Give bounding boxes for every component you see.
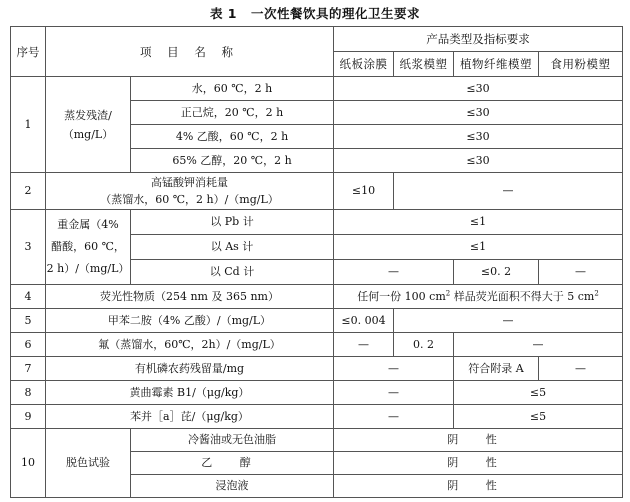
- requirements-table: 序号 项 目 名 称 产品类型及指标要求 纸板涂膜 纸浆模塑 植物纤维模塑 食用…: [10, 26, 623, 498]
- name-line: 重金属（4%: [57, 218, 118, 231]
- value-cell: —: [334, 333, 394, 357]
- table-row: 1 蒸发残渣/ （mg/L） 水，60 ℃，2 h ≤30: [11, 77, 623, 101]
- name-line: （蒸馏水，60 ℃，2 h）/（mg/L）: [100, 193, 279, 206]
- table-title-text: 一次性餐饮具的理化卫生要求: [251, 6, 420, 21]
- value-cell: 阴 性: [334, 475, 623, 498]
- row-seq: 6: [11, 333, 46, 357]
- value-cell: —: [334, 381, 454, 405]
- row-seq: 7: [11, 357, 46, 381]
- value-cell: ≤1: [334, 235, 623, 260]
- value-cell: 符合附录 A: [454, 357, 539, 381]
- value-cell: ≤30: [334, 125, 623, 149]
- condition-cell: 乙 醇: [131, 452, 334, 475]
- row-name: 重金属（4% 醋酸，60 ℃， 2 h）/（mg/L）: [46, 210, 131, 285]
- value-cell: 阴 性: [334, 452, 623, 475]
- value-cell: 任何一份 100 cm2 样品荧光面积不得大于 5 cm2: [334, 285, 623, 309]
- value-text: 样品荧光面积不得大于 5 cm: [450, 290, 594, 303]
- value-cell: ≤0. 2: [454, 260, 539, 285]
- row-seq: 4: [11, 285, 46, 309]
- row-seq: 5: [11, 309, 46, 333]
- row-seq: 1: [11, 77, 46, 173]
- value-cell: ≤30: [334, 77, 623, 101]
- table-title: 表 1一次性餐饮具的理化卫生要求: [0, 4, 630, 22]
- value-cell: —: [334, 260, 454, 285]
- header-pulp-molded: 纸浆模塑: [394, 52, 454, 77]
- condition-cell: 浸泡液: [131, 475, 334, 498]
- value-cell: 0. 2: [394, 333, 454, 357]
- table-row: 9 苯并［a］芘/（μg/kg） — ≤5: [11, 405, 623, 429]
- table-row: 3 重金属（4% 醋酸，60 ℃， 2 h）/（mg/L） 以 Pb 计 ≤1: [11, 210, 623, 235]
- row-seq: 3: [11, 210, 46, 285]
- row-seq: 8: [11, 381, 46, 405]
- table-row: 8 黄曲霉素 B1/（μg/kg） — ≤5: [11, 381, 623, 405]
- header-row: 序号 项 目 名 称 产品类型及指标要求: [11, 27, 623, 52]
- condition-cell: 冷酱油或无色油脂: [131, 429, 334, 452]
- row-name: 苯并［a］芘/（μg/kg）: [46, 405, 334, 429]
- value-cell: —: [334, 405, 454, 429]
- value-cell: —: [334, 357, 454, 381]
- value-cell: —: [394, 173, 623, 210]
- value-cell: —: [539, 357, 623, 381]
- row-seq: 9: [11, 405, 46, 429]
- row-name: 有机磷农药残留量/mg: [46, 357, 334, 381]
- row-name: 脱色试验: [46, 429, 131, 498]
- value-cell: ≤30: [334, 149, 623, 173]
- condition-cell: 正己烷，20 ℃，2 h: [131, 101, 334, 125]
- value-cell: —: [539, 260, 623, 285]
- value-cell: —: [454, 333, 623, 357]
- name-line: 2 h）/（mg/L）: [47, 262, 130, 275]
- table-row: 10 脱色试验 冷酱油或无色油脂 阴 性: [11, 429, 623, 452]
- value-cell: ≤5: [454, 405, 623, 429]
- header-seq: 序号: [11, 27, 46, 77]
- condition-cell: 以 Cd 计: [131, 260, 334, 285]
- row-name: 荧光性物质（254 nm 及 365 nm）: [46, 285, 334, 309]
- value-cell: ≤30: [334, 101, 623, 125]
- name-line: 醋酸，60 ℃，: [51, 240, 125, 253]
- table-row: 5 甲苯二胺（4% 乙酸）/（mg/L） ≤0. 004 —: [11, 309, 623, 333]
- row-name: 甲苯二胺（4% 乙酸）/（mg/L）: [46, 309, 334, 333]
- row-name: 蒸发残渣/ （mg/L）: [46, 77, 131, 173]
- name-line: （mg/L）: [63, 128, 113, 141]
- row-name: 高锰酸钾消耗量 （蒸馏水，60 ℃，2 h）/（mg/L）: [46, 173, 334, 210]
- header-paperboard-coated: 纸板涂膜: [334, 52, 394, 77]
- header-plant-fiber-molded: 植物纤维模塑: [454, 52, 539, 77]
- condition-cell: 以 Pb 计: [131, 210, 334, 235]
- value-cell: ≤5: [454, 381, 623, 405]
- table-number: 表 1: [210, 6, 237, 21]
- value-text: 任何一份 100 cm: [357, 290, 446, 303]
- header-item-name: 项 目 名 称: [46, 27, 334, 77]
- row-seq: 2: [11, 173, 46, 210]
- row-name: 氟（蒸馏水，60℃，2h）/（mg/L）: [46, 333, 334, 357]
- header-starch-molded: 食用粉模塑: [539, 52, 623, 77]
- table-row: 2 高锰酸钾消耗量 （蒸馏水，60 ℃，2 h）/（mg/L） ≤10 —: [11, 173, 623, 210]
- table-row: 4 荧光性物质（254 nm 及 365 nm） 任何一份 100 cm2 样品…: [11, 285, 623, 309]
- superscript: 2: [594, 289, 598, 297]
- condition-cell: 水，60 ℃，2 h: [131, 77, 334, 101]
- value-cell: ≤0. 004: [334, 309, 394, 333]
- condition-cell: 4% 乙酸，60 ℃，2 h: [131, 125, 334, 149]
- row-name: 黄曲霉素 B1/（μg/kg）: [46, 381, 334, 405]
- row-seq: 10: [11, 429, 46, 498]
- table-row: 6 氟（蒸馏水，60℃，2h）/（mg/L） — 0. 2 —: [11, 333, 623, 357]
- condition-cell: 以 As 计: [131, 235, 334, 260]
- header-product-group: 产品类型及指标要求: [334, 27, 623, 52]
- value-cell: 阴 性: [334, 429, 623, 452]
- name-line: 高锰酸钾消耗量: [151, 176, 228, 189]
- value-cell: ≤1: [334, 210, 623, 235]
- value-cell: ≤10: [334, 173, 394, 210]
- value-cell: —: [394, 309, 623, 333]
- table-row: 7 有机磷农药残留量/mg — 符合附录 A —: [11, 357, 623, 381]
- name-line: 蒸发残渣/: [64, 109, 112, 122]
- condition-cell: 65% 乙醇，20 ℃，2 h: [131, 149, 334, 173]
